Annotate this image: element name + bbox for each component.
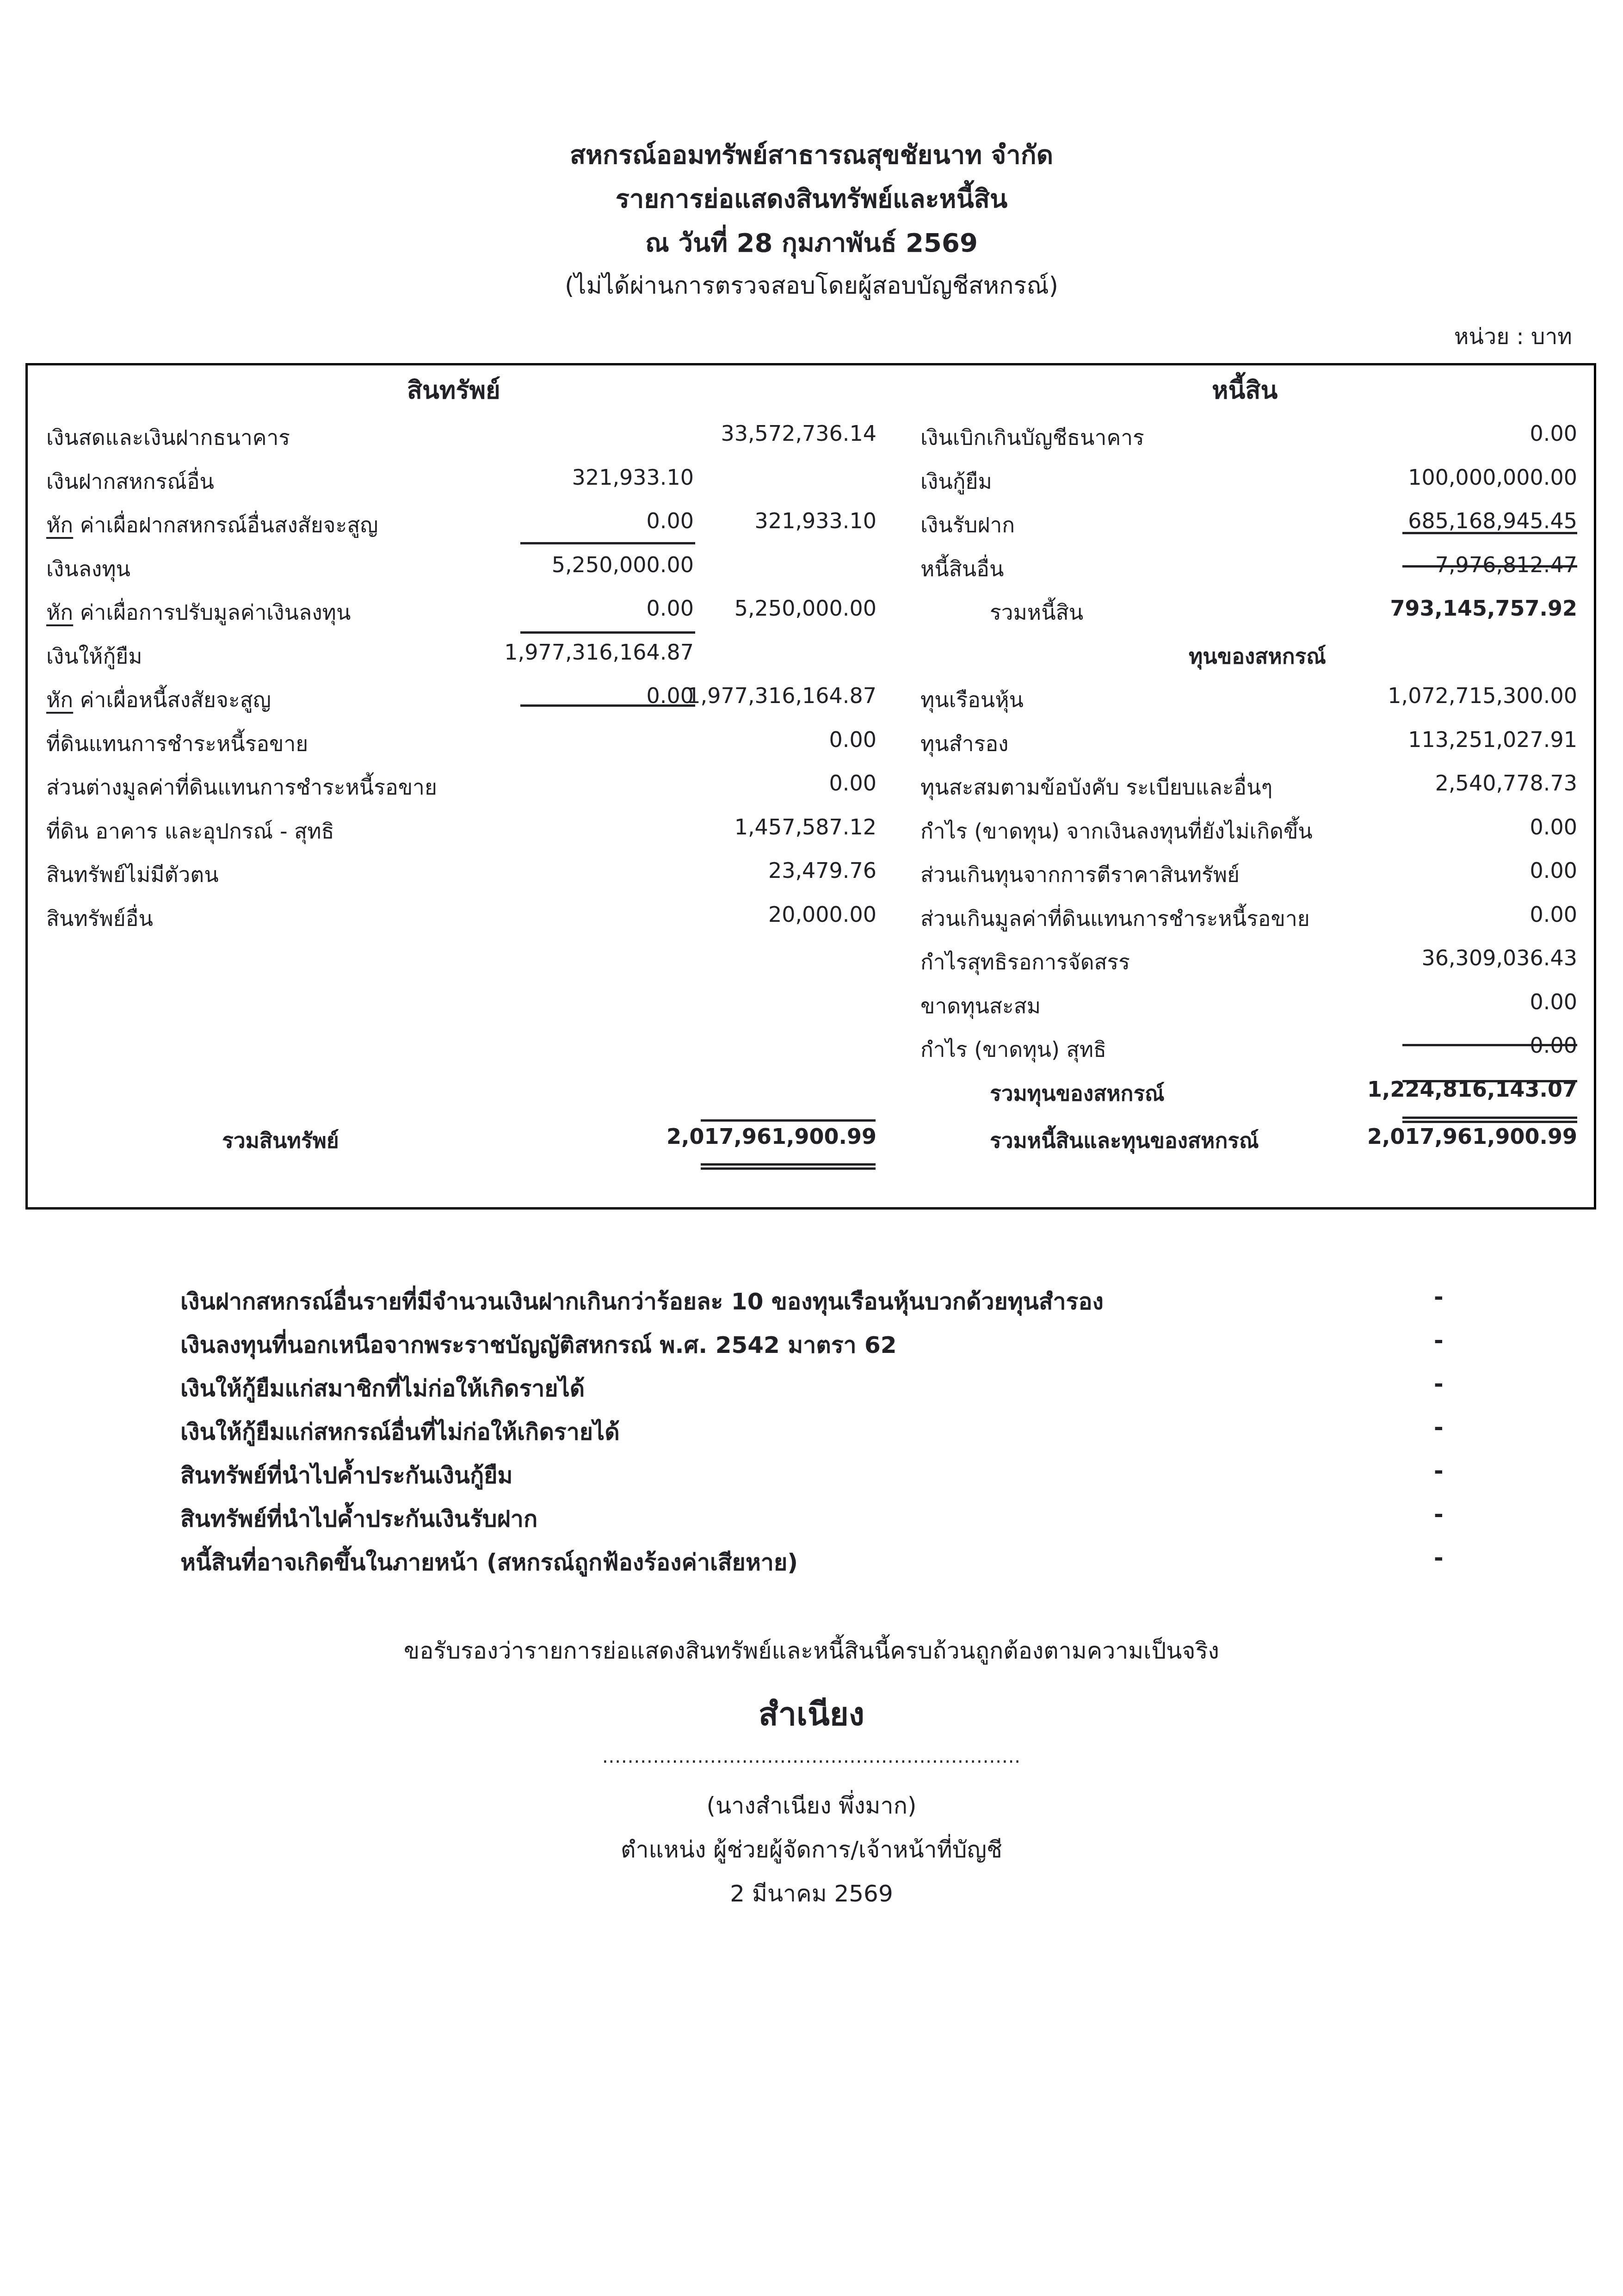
equity-row-label: ทุนสำรอง bbox=[920, 727, 1008, 761]
subtotal-rule bbox=[520, 631, 695, 634]
equity-value: 2,540,778.73 bbox=[1341, 771, 1577, 796]
note-value: - bbox=[1434, 1414, 1444, 1441]
total-rule bbox=[701, 1119, 876, 1122]
asset-row-label: หัก ค่าเผื่อฝากสหกรณ์อื่นสงสัยจะสูญ bbox=[46, 508, 378, 542]
asset-subvalue: 321,933.10 bbox=[463, 465, 694, 490]
total-equity-label: รวมทุนของสหกรณ์ bbox=[990, 1077, 1165, 1111]
equity-row-label: กำไร (ขาดทุน) สุทธิ bbox=[920, 1033, 1106, 1067]
grand-total-label: รวมหนี้สินและทุนของสหกรณ์ bbox=[990, 1124, 1259, 1158]
subtotal-rule bbox=[520, 704, 695, 707]
asset-row-label: ที่ดิน อาคาร และอุปกรณ์ - สุทธิ bbox=[46, 815, 334, 848]
signature-line: ........................................… bbox=[0, 1746, 1623, 1767]
asset-value: 321,933.10 bbox=[643, 508, 876, 533]
subtotal-rule bbox=[520, 542, 695, 544]
liability-value: 7,976,812.47 bbox=[1341, 552, 1577, 577]
asset-value: 0.00 bbox=[643, 727, 876, 752]
total-liabilities-value: 793,145,757.92 bbox=[1341, 596, 1577, 621]
total-liabilities-label: รวมหนี้สิน bbox=[990, 596, 1083, 630]
note-label: เงินให้กู้ยืมแก่สหกรณ์อื่นที่ไม่ก่อให้เก… bbox=[180, 1414, 620, 1450]
subtotal-rule bbox=[1402, 532, 1577, 534]
note-label: เงินให้กู้ยืมแก่สมาชิกที่ไม่ก่อให้เกิดรา… bbox=[180, 1370, 585, 1407]
note-value: - bbox=[1434, 1501, 1444, 1528]
equity-row-label: กำไรสุทธิรอการจัดสรร bbox=[920, 945, 1130, 979]
asset-row-label: เงินสดและเงินฝากธนาคาร bbox=[46, 421, 290, 455]
equity-value: 0.00 bbox=[1341, 815, 1577, 839]
asset-label-text: ค่าเผื่อฝากสหกรณ์อื่นสงสัยจะสูญ bbox=[80, 512, 378, 537]
asset-row-label: ที่ดินแทนการชำระหนี้รอขาย bbox=[46, 727, 308, 761]
asset-row-label: สินทรัพย์ไม่มีตัวตน bbox=[46, 858, 219, 892]
asset-value: 5,250,000.00 bbox=[643, 596, 876, 621]
asset-row-label: เงินฝากสหกรณ์อื่น bbox=[46, 465, 214, 499]
note-label: สินทรัพย์ที่นำไปค้ำประกันเงินรับฝาก bbox=[180, 1501, 537, 1537]
equity-value: 113,251,027.91 bbox=[1341, 727, 1577, 752]
asset-label-text: เงินลงทุน bbox=[46, 556, 130, 581]
note-value: - bbox=[1434, 1327, 1444, 1354]
asset-label-text: เงินให้กู้ยืม bbox=[46, 644, 142, 669]
total-assets-value: 2,017,961,900.99 bbox=[643, 1124, 876, 1149]
equity-row-label: ส่วนเกินทุนจากการตีราคาสินทรัพย์ bbox=[920, 858, 1240, 892]
equity-row-label: ส่วนเกินมูลค่าที่ดินแทนการชำระหนี้รอขาย bbox=[920, 902, 1310, 936]
unit-label: หน่วย : บาท bbox=[1454, 319, 1572, 354]
report-date: ณ วันที่ 28 กุมภาพันธ์ 2569 bbox=[0, 222, 1623, 263]
grand-total-value: 2,017,961,900.99 bbox=[1341, 1124, 1577, 1149]
liability-row-label: เงินกู้ยืม bbox=[920, 465, 992, 499]
note-value: - bbox=[1434, 1370, 1444, 1397]
deduct-label: หัก bbox=[46, 687, 73, 712]
asset-row-label: เงินลงทุน bbox=[46, 552, 130, 586]
asset-label-text: สินทรัพย์อื่น bbox=[46, 906, 153, 931]
asset-row-label: หัก ค่าเผื่อหนี้สงสัยจะสูญ bbox=[46, 683, 271, 717]
asset-row-label: เงินให้กู้ยืม bbox=[46, 640, 142, 673]
assets-heading: สินทรัพย์ bbox=[407, 370, 500, 410]
asset-row-label: สินทรัพย์อื่น bbox=[46, 902, 153, 936]
asset-subvalue: 5,250,000.00 bbox=[463, 552, 694, 577]
liability-row-label: เงินรับฝาก bbox=[920, 508, 1015, 542]
equity-row-label: ทุนเรือนหุ้น bbox=[920, 683, 1024, 717]
certification-statement: ขอรับรองว่ารายการย่อแสดงสินทรัพย์และหนี้… bbox=[0, 1633, 1623, 1669]
subtotal-rule bbox=[1402, 1080, 1577, 1082]
report-title: รายการย่อแสดงสินทรัพย์และหนี้สิน bbox=[0, 178, 1623, 219]
liability-row-label: เงินเบิกเกินบัญชีธนาคาร bbox=[920, 421, 1144, 455]
note-value: - bbox=[1434, 1457, 1444, 1484]
sign-date: 2 มีนาคม 2569 bbox=[0, 1876, 1623, 1912]
asset-value: 23,479.76 bbox=[643, 858, 876, 883]
note-label: หนี้สินที่อาจเกิดขึ้นในภายหน้า (สหกรณ์ถู… bbox=[180, 1544, 798, 1581]
equity-row-label: กำไร (ขาดทุน) จากเงินลงทุนที่ยังไม่เกิดข… bbox=[920, 815, 1313, 848]
org-name: สหกรณ์ออมทรัพย์สาธารณสุขชัยนาท จำกัด bbox=[0, 134, 1623, 175]
subtotal-rule bbox=[1402, 1044, 1577, 1046]
asset-row-label: ส่วนต่างมูลค่าที่ดินแทนการชำระหนี้รอขาย bbox=[46, 771, 437, 804]
note-value: - bbox=[1434, 1284, 1444, 1310]
note-label: เงินลงทุนที่นอกเหนือจากพระราชบัญญัติสหกร… bbox=[180, 1327, 897, 1364]
equity-row-label: ทุนสะสมตามข้อบังคับ ระเบียบและอื่นๆ bbox=[920, 771, 1272, 804]
asset-label-text: เงินสดและเงินฝากธนาคาร bbox=[46, 425, 290, 450]
liability-row-label: หนี้สินอื่น bbox=[920, 552, 1004, 586]
asset-subvalue: 1,977,316,164.87 bbox=[463, 640, 694, 665]
equity-value: 0.00 bbox=[1341, 989, 1577, 1014]
deduct-label: หัก bbox=[46, 512, 73, 537]
asset-value: 1,457,587.12 bbox=[643, 815, 876, 839]
equity-heading: ทุนของสหกรณ์ bbox=[1189, 640, 1326, 673]
liability-value: 0.00 bbox=[1341, 421, 1577, 446]
asset-value: 20,000.00 bbox=[643, 902, 876, 927]
total-assets-label: รวมสินทรัพย์ bbox=[222, 1124, 339, 1158]
asset-label-text: ส่วนต่างมูลค่าที่ดินแทนการชำระหนี้รอขาย bbox=[46, 775, 437, 800]
equity-value: 0.00 bbox=[1341, 902, 1577, 927]
asset-label-text: ค่าเผื่อการปรับมูลค่าเงินลงทุน bbox=[80, 600, 351, 625]
note-label: สินทรัพย์ที่นำไปค้ำประกันเงินกู้ยืม bbox=[180, 1457, 513, 1494]
asset-label-text: ที่ดินแทนการชำระหนี้รอขาย bbox=[46, 731, 308, 756]
asset-value: 33,572,736.14 bbox=[643, 421, 876, 446]
audit-note: (ไม่ได้ผ่านการตรวจสอบโดยผู้สอบบัญชีสหกรณ… bbox=[0, 266, 1623, 304]
equity-value: 0.00 bbox=[1341, 858, 1577, 883]
asset-label-text: เงินฝากสหกรณ์อื่น bbox=[46, 469, 214, 494]
equity-value: 1,072,715,300.00 bbox=[1341, 683, 1577, 708]
subtotal-rule bbox=[1402, 565, 1577, 568]
equity-row-label: ขาดทุนสะสม bbox=[920, 989, 1041, 1023]
signer-position: ตำแหน่ง ผู้ช่วยผู้จัดการ/เจ้าหน้าที่บัญช… bbox=[0, 1832, 1623, 1868]
signature: สำเนียง bbox=[0, 1688, 1623, 1740]
equity-value: 36,309,036.43 bbox=[1341, 945, 1577, 970]
signer-name: (นางสำเนียง พึ่งมาก) bbox=[0, 1788, 1623, 1824]
asset-row-label: หัก ค่าเผื่อการปรับมูลค่าเงินลงทุน bbox=[46, 596, 351, 630]
total-double-rule bbox=[701, 1163, 876, 1170]
liability-value: 100,000,000.00 bbox=[1341, 465, 1577, 490]
note-label: เงินฝากสหกรณ์อื่นรายที่มีจำนวนเงินฝากเกิ… bbox=[180, 1284, 1104, 1320]
note-value: - bbox=[1434, 1544, 1444, 1571]
asset-value: 0.00 bbox=[643, 771, 876, 796]
asset-label-text: ที่ดิน อาคาร และอุปกรณ์ - สุทธิ bbox=[46, 819, 334, 844]
asset-label-text: สินทรัพย์ไม่มีตัวตน bbox=[46, 862, 219, 887]
liabilities-heading: หนี้สิน bbox=[1212, 370, 1277, 410]
liability-value: 685,168,945.45 bbox=[1341, 508, 1577, 533]
asset-label-text: ค่าเผื่อหนี้สงสัยจะสูญ bbox=[80, 687, 271, 712]
total-double-rule bbox=[1402, 1117, 1577, 1123]
deduct-label: หัก bbox=[46, 600, 73, 625]
